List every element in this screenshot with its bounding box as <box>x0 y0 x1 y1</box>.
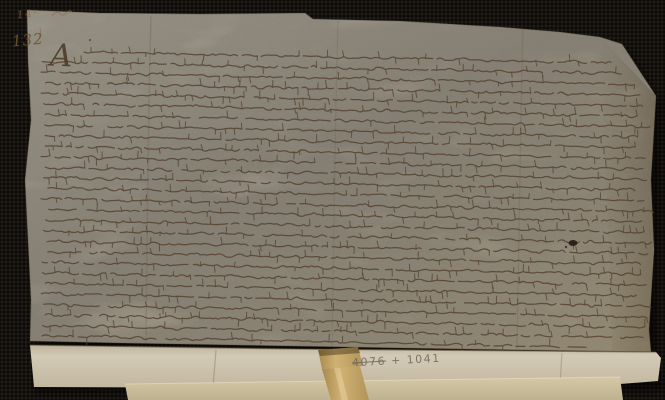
manuscript-photo: 14ᵉ 132 A 4076 + 1041 <box>0 0 665 400</box>
ink-speck <box>565 246 567 248</box>
parchment-scene <box>0 0 665 400</box>
ink-speck <box>89 39 91 41</box>
ink-blot <box>569 240 578 246</box>
